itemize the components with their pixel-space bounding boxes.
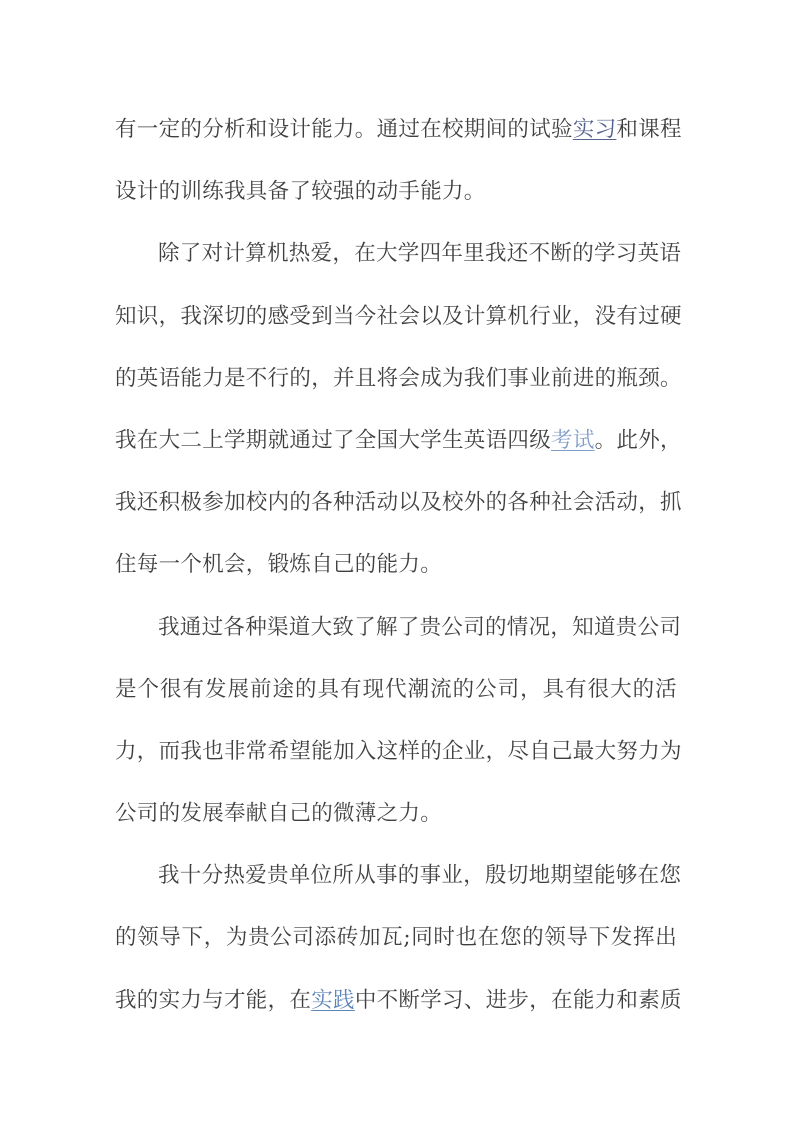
text-segment: 和课程 <box>616 117 681 142</box>
text-line: 除了对计算机热爱，在大学四年里我还不断的学习英语 <box>115 223 677 285</box>
text-line: 设计的训练我具备了较强的动手能力。 <box>115 161 677 223</box>
document-text-block: 有一定的分析和设计能力。通过在校期间的试验实习和课程设计的训练我具备了较强的动手… <box>115 99 677 1032</box>
hyperlink-shixi[interactable]: 实习 <box>573 117 617 142</box>
text-segment: 我在大二上学期就通过了全国大学生英语四级 <box>115 428 551 453</box>
text-segment: 我十分热爱贵单位所从事的事业，殷切地期望能够在您 <box>158 863 681 888</box>
text-segment: 我通过各种渠道大致了解了贵公司的情况，知道贵公司 <box>158 615 681 640</box>
text-segment: 住每一个机会，锻炼自己的能力。 <box>115 552 442 577</box>
text-line: 的英语能力是不行的，并且将会成为我们事业前进的瓶颈。 <box>115 348 677 410</box>
text-line: 我在大二上学期就通过了全国大学生英语四级考试。此外， <box>115 410 677 472</box>
text-segment: 我的实力与才能，在 <box>115 988 311 1013</box>
text-line: 我通过各种渠道大致了解了贵公司的情况，知道贵公司 <box>115 597 677 659</box>
hyperlink-shijian[interactable]: 实践 <box>311 988 355 1013</box>
text-line: 我十分热爱贵单位所从事的事业，殷切地期望能够在您 <box>115 845 677 907</box>
text-segment: 的英语能力是不行的，并且将会成为我们事业前进的瓶颈。 <box>115 366 682 391</box>
text-line: 的领导下，为贵公司添砖加瓦;同时也在您的领导下发挥出 <box>115 907 677 969</box>
text-segment: 除了对计算机热爱，在大学四年里我还不断的学习英语 <box>158 241 681 266</box>
text-line: 住每一个机会，锻炼自己的能力。 <box>115 534 677 596</box>
text-segment: 我还积极参加校内的各种活动以及校外的各种社会活动，抓 <box>115 490 682 515</box>
text-line: 我的实力与才能，在实践中不断学习、进步，在能力和素质 <box>115 970 677 1032</box>
text-segment: 中不断学习、进步，在能力和素质 <box>355 988 682 1013</box>
text-segment: 有一定的分析和设计能力。通过在校期间的试验 <box>115 117 573 142</box>
text-line: 知识，我深切的感受到当今社会以及计算机行业，没有过硬 <box>115 286 677 348</box>
text-line: 我还积极参加校内的各种活动以及校外的各种社会活动，抓 <box>115 472 677 534</box>
text-line: 公司的发展奉献自己的微薄之力。 <box>115 783 677 845</box>
text-line: 是个很有发展前途的具有现代潮流的公司，具有很大的活 <box>115 659 677 721</box>
text-segment: 。此外， <box>595 428 682 453</box>
text-segment: 公司的发展奉献自己的微薄之力。 <box>115 801 442 826</box>
text-segment: 设计的训练我具备了较强的动手能力。 <box>115 179 486 204</box>
document-page: 有一定的分析和设计能力。通过在校期间的试验实习和课程设计的训练我具备了较强的动手… <box>0 0 793 1122</box>
hyperlink-kaoshi[interactable]: 考试 <box>551 428 595 453</box>
text-segment: 是个很有发展前途的具有现代潮流的公司，具有很大的活 <box>115 677 677 702</box>
text-line: 力，而我也非常希望能加入这样的企业，尽自己最大努力为 <box>115 721 677 783</box>
text-segment: 的领导下，为贵公司添砖加瓦;同时也在您的领导下发挥出 <box>115 925 677 950</box>
text-line: 有一定的分析和设计能力。通过在校期间的试验实习和课程 <box>115 99 677 161</box>
text-segment: 力，而我也非常希望能加入这样的企业，尽自己最大努力为 <box>115 739 682 764</box>
text-segment: 知识，我深切的感受到当今社会以及计算机行业，没有过硬 <box>115 304 682 329</box>
